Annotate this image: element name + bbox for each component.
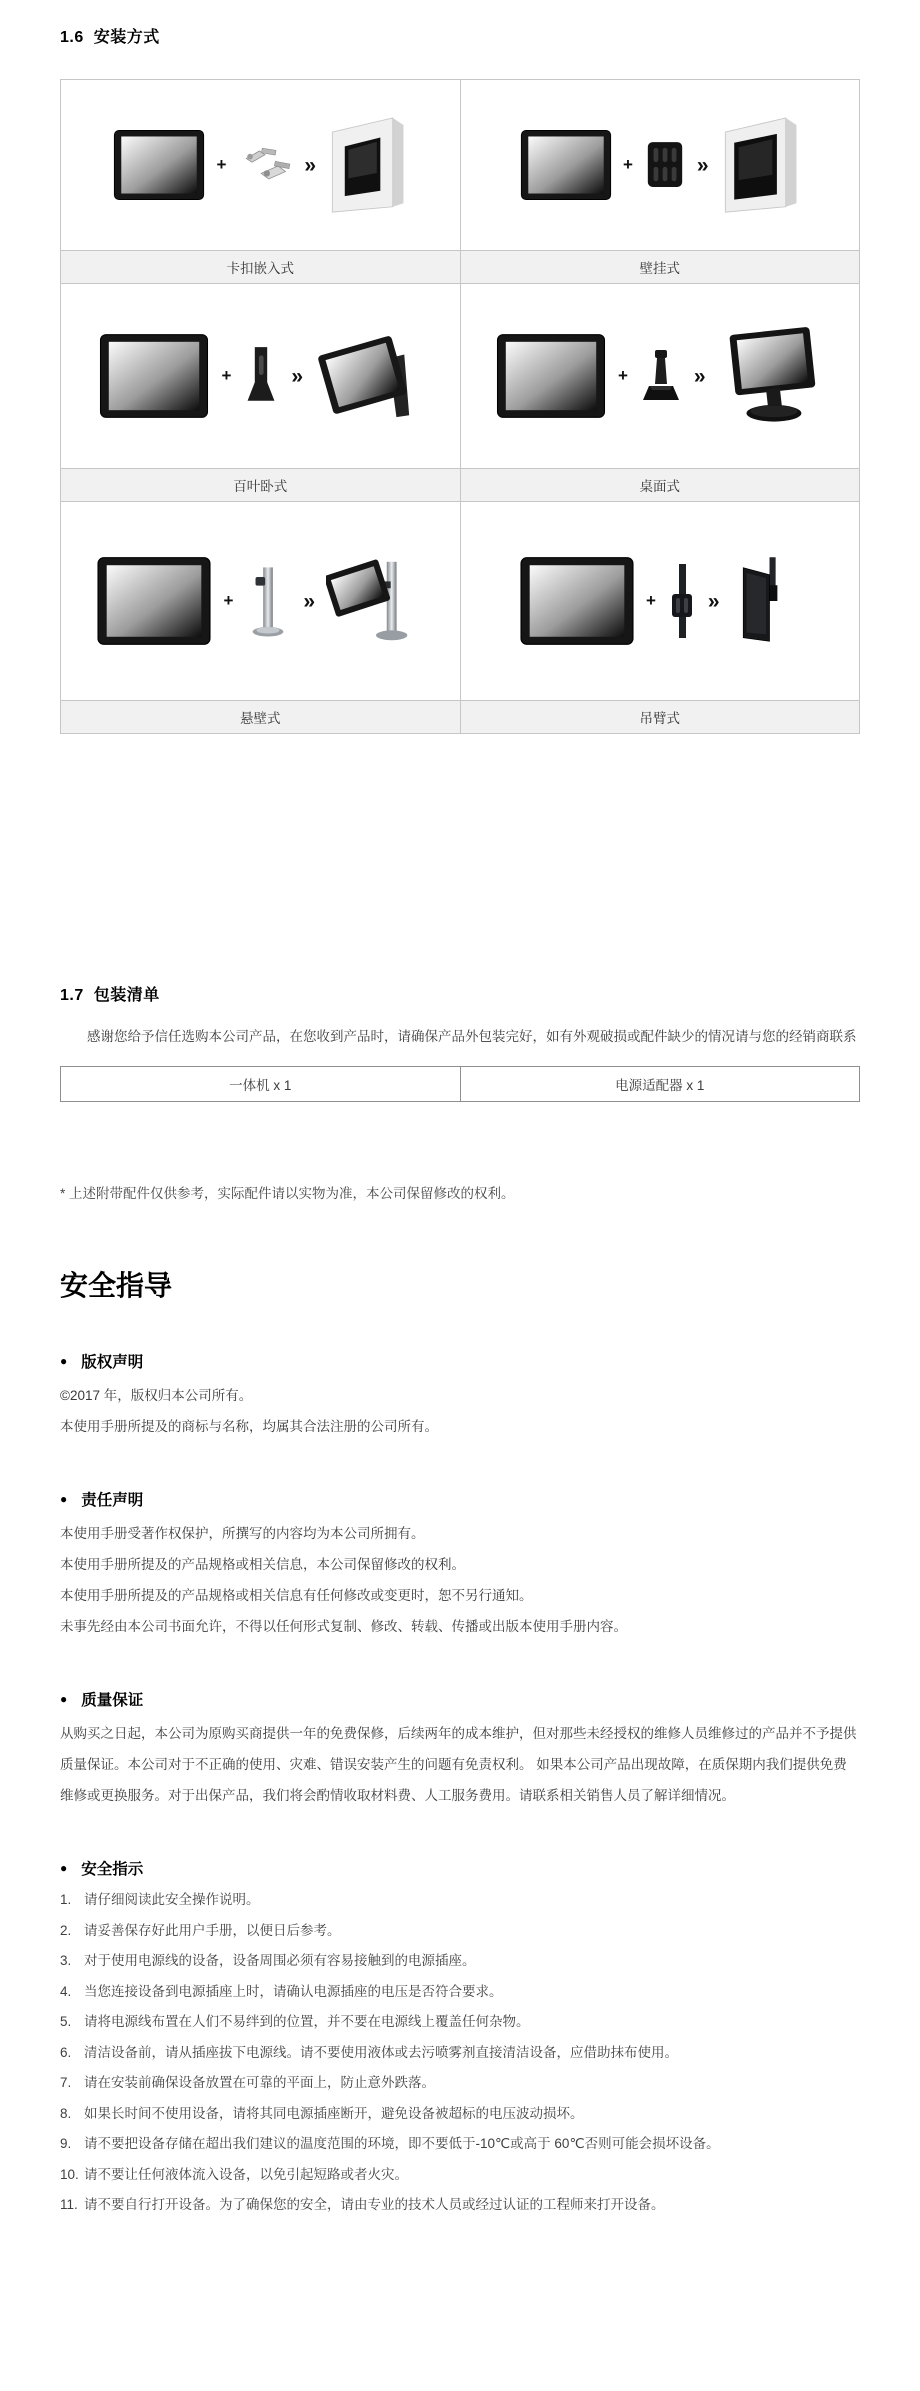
section-number: 1.6 xyxy=(60,29,84,46)
instruction-item: 4.当您连接设备到电源插座上时，请确认电源插座的电压是否符合要求。 xyxy=(60,1977,860,2008)
install-label-wall-mount: 壁挂式 xyxy=(460,251,860,284)
plus-icon: + xyxy=(618,366,628,386)
mounting-pole-image xyxy=(244,558,292,644)
instructions-heading: 安全指示 xyxy=(81,1857,143,1879)
instruction-item: 5.请将电源线布置在人们不易绊到的位置，并不要在电源线上覆盖任何杂物。 xyxy=(60,2007,860,2038)
wall-bracket-plate-image xyxy=(644,140,686,190)
liability-line: 本使用手册受著作权保护，所撰写的内容均为本公司所拥有。 xyxy=(60,1518,860,1549)
copyright-line: 本使用手册所提及的商标与名称，均属其合法注册的公司所有。 xyxy=(60,1411,860,1442)
warranty-paragraph: 从购买之日起，本公司为原购买商提供一年的免费保修，后续两年的成本维护，但对那些未… xyxy=(60,1718,860,1811)
install-label-louver-stand: 百叶卧式 xyxy=(61,469,461,502)
warranty-heading: 质量保证 xyxy=(81,1688,143,1710)
packing-note: * 上述附带配件仅供参考，实际配件请以实物为准，本公司保留修改的权利。 xyxy=(60,1182,860,1202)
desktop-result-image xyxy=(717,327,825,425)
install-cell-snap-in: + » xyxy=(61,80,461,251)
install-label-snap-in: 卡扣嵌入式 xyxy=(61,251,461,284)
install-cell-louver-stand: + » xyxy=(61,284,461,469)
panel-pc-front-image xyxy=(96,556,212,646)
instruction-item: 11.请不要自行打开设备。为了确保您的安全，请由专业的技术人员或经过认证的工程师… xyxy=(60,2190,860,2221)
install-cell-wall-mount: + » xyxy=(460,80,860,251)
copyright-heading: 版权声明 xyxy=(81,1350,143,1372)
liability-heading: 责任声明 xyxy=(81,1488,143,1510)
bullet-icon: ● xyxy=(60,1692,67,1706)
section-title: 包装清单 xyxy=(94,987,160,1004)
wall-mounted-result-image xyxy=(720,115,800,215)
instruction-item: 8.如果长时间不使用设备，请将其同电源插座断开，避免设备被超标的电压波动损坏。 xyxy=(60,2099,860,2130)
bullet-icon: ● xyxy=(60,1492,67,1506)
instruction-item: 6.清洁设备前，请从插座拔下电源线。请不要使用液体或去污喷雾剂直接清洁设备，应借… xyxy=(60,2038,860,2069)
installation-methods-table: + » + » 卡扣嵌入式 壁挂式 xyxy=(60,79,860,734)
install-cell-desktop-stand: + » xyxy=(460,284,860,469)
plus-icon: + xyxy=(221,366,231,386)
double-arrow-icon: » xyxy=(291,366,303,387)
install-label-desktop: 桌面式 xyxy=(460,469,860,502)
liability-line: 本使用手册所提及的产品规格或相关信息，本公司保留修改的权利。 xyxy=(60,1549,860,1580)
bullet-icon: ● xyxy=(60,1354,67,1368)
panel-pc-front-image xyxy=(495,333,607,419)
section-number: 1.7 xyxy=(60,987,84,1004)
packing-list-table: 一体机 x 1 电源适配器 x 1 xyxy=(60,1066,860,1102)
double-arrow-icon: » xyxy=(304,155,316,176)
double-arrow-icon: » xyxy=(697,155,709,176)
manual-page: 1.6安装方式 + » + » xyxy=(60,0,860,2221)
bullet-icon: ● xyxy=(60,1861,67,1875)
safety-instructions-list: 1.请仔细阅读此安全操作说明。 2.请妥善保存好此用户手册，以便日后参考。 3.… xyxy=(60,1885,860,2221)
double-arrow-icon: » xyxy=(303,591,315,612)
install-label-pole-mount: 悬壁式 xyxy=(61,701,461,734)
liability-line: 本使用手册所提及的产品规格或相关信息有任何修改或变更时，恕不另行通知。 xyxy=(60,1580,860,1611)
warranty-section: ● 质量保证 从购买之日起，本公司为原购买商提供一年的免费保修，后续两年的成本维… xyxy=(60,1688,860,1811)
safety-instructions-section: ● 安全指示 1.请仔细阅读此安全操作说明。 2.请妥善保存好此用户手册，以便日… xyxy=(60,1857,860,2221)
copyright-line: ©2017 年，版权归本公司所有。 xyxy=(60,1380,860,1411)
section-heading-packing: 1.7包装清单 xyxy=(60,982,860,1005)
instruction-item: 9.请不要把设备存储在超出我们建议的温度范围的环境，即不要低于-10℃或高于 6… xyxy=(60,2129,860,2160)
liability-section: ● 责任声明 本使用手册受著作权保护，所撰写的内容均为本公司所拥有。 本使用手册… xyxy=(60,1488,860,1642)
panel-pc-front-image xyxy=(113,129,205,201)
pole-mounted-result-image xyxy=(326,555,424,647)
instruction-item: 2.请妥善保存好此用户手册，以便日后参考。 xyxy=(60,1916,860,1947)
packing-item-power-adapter: 电源适配器 x 1 xyxy=(460,1067,860,1102)
kickstand-result-image xyxy=(314,327,422,425)
plus-icon: + xyxy=(223,591,233,611)
liability-line: 未事先经由本公司书面允许，不得以任何形式复制、修改、转载、传播或出版本使用手册内… xyxy=(60,1611,860,1642)
section-title: 安装方式 xyxy=(94,29,160,46)
double-arrow-icon: » xyxy=(708,591,720,612)
plus-icon: + xyxy=(216,155,226,175)
install-cell-hanging-arm: + » xyxy=(460,502,860,701)
snap-clip-mounts-image xyxy=(237,141,293,189)
plus-icon: + xyxy=(623,155,633,175)
instruction-item: 10.请不要让任何液体流入设备，以免引起短路或者火灾。 xyxy=(60,2160,860,2191)
panel-pc-front-image xyxy=(98,333,210,419)
packing-item-all-in-one: 一体机 x 1 xyxy=(61,1067,461,1102)
louver-bracket-image xyxy=(242,345,280,407)
plus-icon: + xyxy=(646,591,656,611)
install-cell-pole-mount: + » xyxy=(61,502,461,701)
install-label-hanging-arm: 吊臂式 xyxy=(460,701,860,734)
safety-guidance-title: 安全指导 xyxy=(60,1264,860,1304)
panel-pc-front-image xyxy=(519,556,635,646)
section-heading-installation: 1.6安装方式 xyxy=(60,24,860,47)
double-arrow-icon: » xyxy=(694,366,706,387)
instruction-item: 1.请仔细阅读此安全操作说明。 xyxy=(60,1885,860,1916)
instruction-item: 7.请在安装前确保设备放置在可靠的平面上，防止意外跌落。 xyxy=(60,2068,860,2099)
desktop-stand-image xyxy=(639,348,683,404)
instruction-item: 3.对于使用电源线的设备，设备周围必须有容易接触到的电源插座。 xyxy=(60,1946,860,1977)
hanging-pole-bracket-image xyxy=(667,558,697,644)
packing-intro-paragraph: 感谢您给予信任选购本公司产品，在您收到产品时，请确保产品外包装完好，如有外观破损… xyxy=(60,1021,860,1052)
embedded-panel-result-image xyxy=(327,115,407,215)
hanging-result-image xyxy=(731,553,801,649)
copyright-section: ● 版权声明 ©2017 年，版权归本公司所有。 本使用手册所提及的商标与名称，… xyxy=(60,1350,860,1442)
panel-pc-front-image xyxy=(520,129,612,201)
